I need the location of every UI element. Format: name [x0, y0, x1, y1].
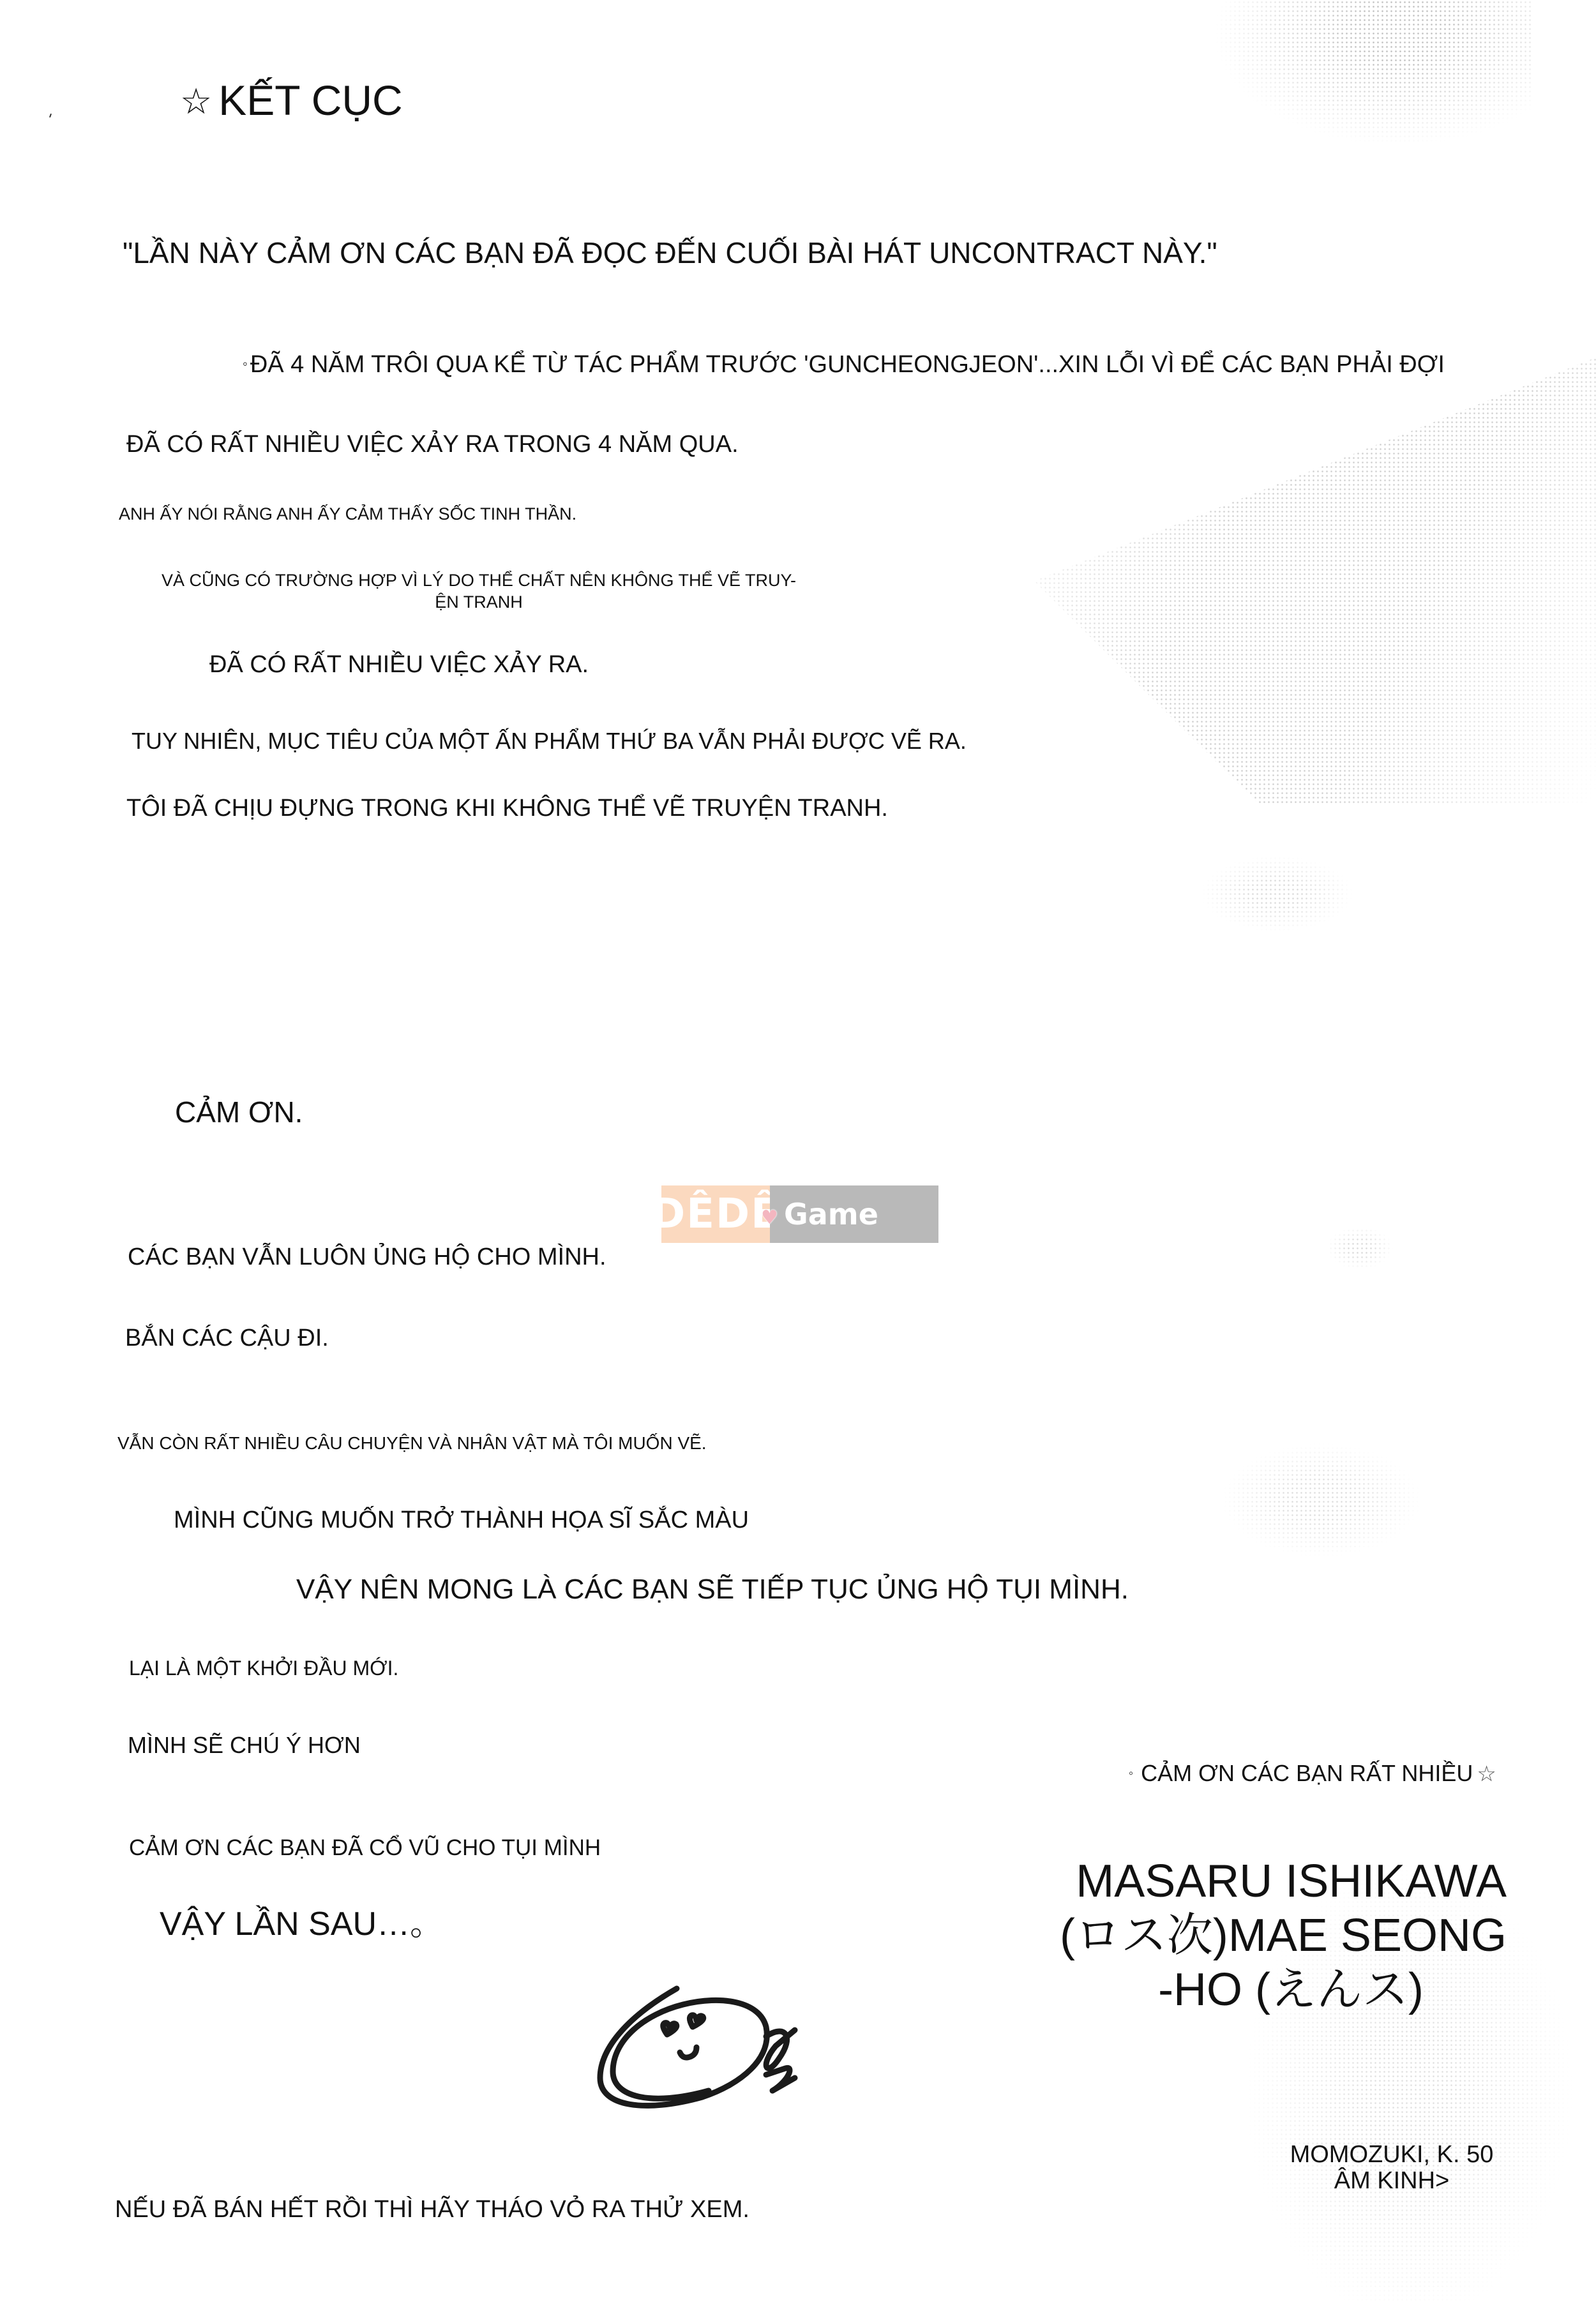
afterword-line: CÁC BẠN VẪN LUÔN ỦNG HỘ CHO MÌNH.	[128, 1244, 606, 1272]
page-title-text: KẾT CỤC	[218, 77, 403, 124]
afterword-line: ĐÃ CÓ RẤT NHIỀU VIỆC XẢY RA.	[209, 651, 589, 679]
watermark-game: ♥ Game	[770, 1185, 938, 1243]
screentone-blob	[1187, 1424, 1456, 1577]
magazine-credit: MOMOZUKI, K. 50 ÂM KINH>	[1270, 2142, 1513, 2194]
afterword-line: ĐÃ CÓ RẤT NHIỀU VIỆC XẢY RA TRONG 4 NĂM …	[126, 431, 739, 459]
heart-icon: ♥	[761, 1207, 778, 1229]
afterword-line: ◦ĐÃ 4 NĂM TRÔI QUA KỂ TỪ TÁC PHẨM TRƯỚC …	[243, 351, 1445, 379]
afterword-line: VÀ CŨNG CÓ TRƯỜNG HỢP VÌ LÝ DO THỂ CHẤT …	[160, 570, 798, 613]
afterword-line: VẪN CÒN RẤT NHIỀU CÂU CHUYỆN VÀ NHÂN VẬT…	[117, 1433, 707, 1454]
afterword-line-part: ỆN TRANH	[160, 592, 798, 613]
watermark-logo-text: DÊDÊ	[661, 1185, 770, 1243]
screentone-blob	[1175, 843, 1379, 945]
afterword-line: CẢM ƠN CÁC BẠN ĐÃ CỔ VŨ CHO TỤI MÌNH	[129, 1835, 601, 1861]
magazine-line: MOMOZUKI, K. 50	[1270, 2142, 1513, 2168]
credit-line: (ロス次)MAE SEONG	[1041, 1909, 1507, 1963]
afterword-line: BẮN CÁC CẬU ĐI.	[125, 1325, 329, 1353]
afterword-line: MÌNH SẼ CHÚ Ý HƠN	[128, 1732, 361, 1758]
bullet-icon: ◦	[243, 356, 248, 372]
afterword-line: VẬY NÊN MONG LÀ CÁC BẠN SẼ TIẾP TỤC ỦNG …	[296, 1574, 1129, 1606]
dede-game-watermark: DÊDÊ ♥ Game	[661, 1185, 938, 1243]
afterword-quote: "LẦN NÀY CẢM ƠN CÁC BẠN ĐÃ ĐỌC ĐẾN CUỐI …	[123, 236, 1217, 270]
smiley-signature-icon	[575, 1969, 804, 2123]
author-credits: MASARU ISHIKAWA (ロス次)MAE SEONG -HO (えんス)	[1041, 1854, 1507, 2017]
magazine-line: ÂM KINH>	[1270, 2168, 1513, 2194]
afterword-line: LẠI LÀ MỘT KHỞI ĐẦU MỚI.	[129, 1657, 398, 1680]
afterword-line-text: ĐÃ 4 NĂM TRÔI QUA KỂ TỪ TÁC PHẨM TRƯỚC '…	[250, 351, 1445, 378]
page-title: ☆KẾT CỤC	[180, 77, 403, 125]
star-outline-icon: ☆	[180, 81, 212, 122]
screentone-bottom	[1181, 1775, 1596, 2302]
screentone-wedge	[1034, 357, 1596, 804]
bullet-icon: ◦	[1129, 1766, 1133, 1780]
thanks-a-lot: ◦CẢM ƠN CÁC BẠN RẤT NHIỀU☆	[1129, 1760, 1496, 1787]
star-outline-icon: ☆	[1477, 1762, 1496, 1786]
afterword-line: MÌNH CŨNG MUỐN TRỞ THÀNH HỌA SĨ SẮC MÀU	[174, 1507, 749, 1535]
afterword-line: ANH ẤY NÓI RẰNG ANH ẤY CẢM THẤY SỐC TINH…	[119, 504, 576, 524]
credit-line: MASARU ISHIKAWA	[1041, 1854, 1507, 1909]
afterword-line: TÔI ĐÃ CHỊU ĐỰNG TRONG KHI KHÔNG THỂ VẼ …	[126, 795, 888, 823]
afterword-line: TUY NHIÊN, MỤC TIÊU CỦA MỘT ẤN PHẨM THỨ …	[132, 728, 967, 754]
afterword-line: VẬY LẦN SAU…。	[160, 1906, 443, 1944]
stray-mark	[49, 114, 52, 117]
afterword-line-part: VÀ CŨNG CÓ TRƯỜNG HỢP VÌ LÝ DO THỂ CHẤT …	[160, 570, 798, 592]
credit-line: -HO (えんス)	[1041, 1963, 1507, 2017]
screentone-top	[1085, 0, 1532, 166]
afterword-line: CẢM ƠN.	[175, 1095, 303, 1129]
screentone-blob	[1315, 1219, 1404, 1277]
afterword-line: NẾU ĐÃ BÁN HẾT RỒI THÌ HÃY THÁO VỎ RA TH…	[115, 2196, 749, 2224]
watermark-game-text: Game	[784, 1197, 878, 1231]
thanks-a-lot-text: CẢM ƠN CÁC BẠN RẤT NHIỀU	[1141, 1760, 1473, 1786]
